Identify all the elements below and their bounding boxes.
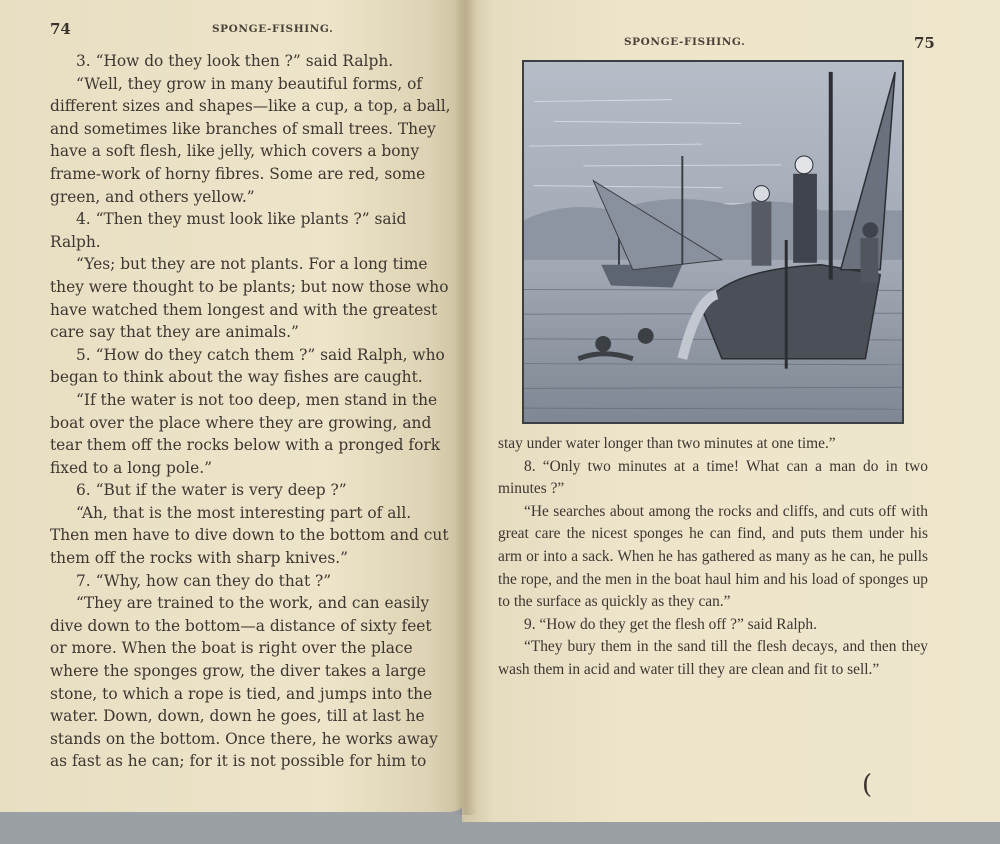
left-page-body: 3. “How do they look then ?” said Ralph.… xyxy=(50,50,464,773)
text-line: where the sponges grow, the diver takes … xyxy=(50,660,464,683)
sponge-diving-illustration xyxy=(522,60,904,424)
text-line: 3. “How do they look then ?” said Ralph. xyxy=(50,50,464,73)
text-line: they were thought to be plants; but now … xyxy=(50,276,464,299)
text-line: 4. “Then they must look like plants ?” s… xyxy=(50,208,464,231)
text-line: tear them off the rocks below with a pro… xyxy=(50,434,464,457)
text-line: care say that they are animals.” xyxy=(50,321,464,344)
text-line: stone, to which a rope is tied, and jump… xyxy=(50,683,464,706)
paragraph: “They bury them in the sand till the fle… xyxy=(498,636,928,681)
text-line: green, and others yellow.” xyxy=(50,186,464,209)
text-line: “Yes; but they are not plants. For a lon… xyxy=(50,253,464,276)
text-line: “If the water is not too deep, men stand… xyxy=(50,389,464,412)
text-line: frame-work of horny fibres. Some are red… xyxy=(50,163,464,186)
text-line: Then men have to dive down to the bottom… xyxy=(50,524,464,547)
right-page-body: stay under water longer than two minutes… xyxy=(498,433,928,682)
text-line: “Well, they grow in many beautiful forms… xyxy=(50,73,464,96)
text-line: boat over the place where they are growi… xyxy=(50,412,464,435)
text-line: have watched them longest and with the g… xyxy=(50,299,464,322)
page-number-left: 74 xyxy=(50,20,71,38)
text-line: “Ah, that is the most interesting part o… xyxy=(50,502,464,525)
text-line: fixed to a long pole.” xyxy=(50,457,464,480)
text-line: 7. “Why, how can they do that ?” xyxy=(50,570,464,593)
ink-mark: ( xyxy=(862,770,872,800)
text-line: different sizes and shapes—like a cup, a… xyxy=(50,95,464,118)
running-head-right: SPONGE-FISHING. xyxy=(624,36,745,48)
text-line: and sometimes like branches of small tre… xyxy=(50,118,464,141)
book-spread-photo: 74 SPONGE-FISHING. 3. “How do they look … xyxy=(0,0,1000,844)
text-line: have a soft flesh, like jelly, which cov… xyxy=(50,140,464,163)
running-head-left: SPONGE-FISHING. xyxy=(212,23,333,35)
book-gutter-shadow xyxy=(455,0,477,815)
text-line: 6. “But if the water is very deep ?” xyxy=(50,479,464,502)
text-line: or more. When the boat is right over the… xyxy=(50,637,464,660)
text-line: as fast as he can; for it is not possibl… xyxy=(50,750,464,773)
text-line: them off the rocks with sharp knives.” xyxy=(50,547,464,570)
paragraph: 9. “How do they get the flesh off ?” sai… xyxy=(498,614,928,637)
text-line: 5. “How do they catch them ?” said Ralph… xyxy=(50,344,464,367)
text-line: dive down to the bottom—a distance of si… xyxy=(50,615,464,638)
paragraph: 8. “Only two minutes at a time! What can… xyxy=(498,456,928,501)
text-line: “They are trained to the work, and can e… xyxy=(50,592,464,615)
text-line: Ralph. xyxy=(50,231,464,254)
text-line: water. Down, down, down he goes, till at… xyxy=(50,705,464,728)
text-line: began to think about the way fishes are … xyxy=(50,366,464,389)
boat-engraving-icon xyxy=(524,62,902,422)
text-line: stands on the bottom. Once there, he wor… xyxy=(50,728,464,751)
page-number-right: 75 xyxy=(914,34,935,52)
paragraph: stay under water longer than two minutes… xyxy=(498,433,928,456)
left-page: 74 SPONGE-FISHING. 3. “How do they look … xyxy=(0,0,468,812)
paragraph: “He searches about among the rocks and c… xyxy=(498,501,928,614)
